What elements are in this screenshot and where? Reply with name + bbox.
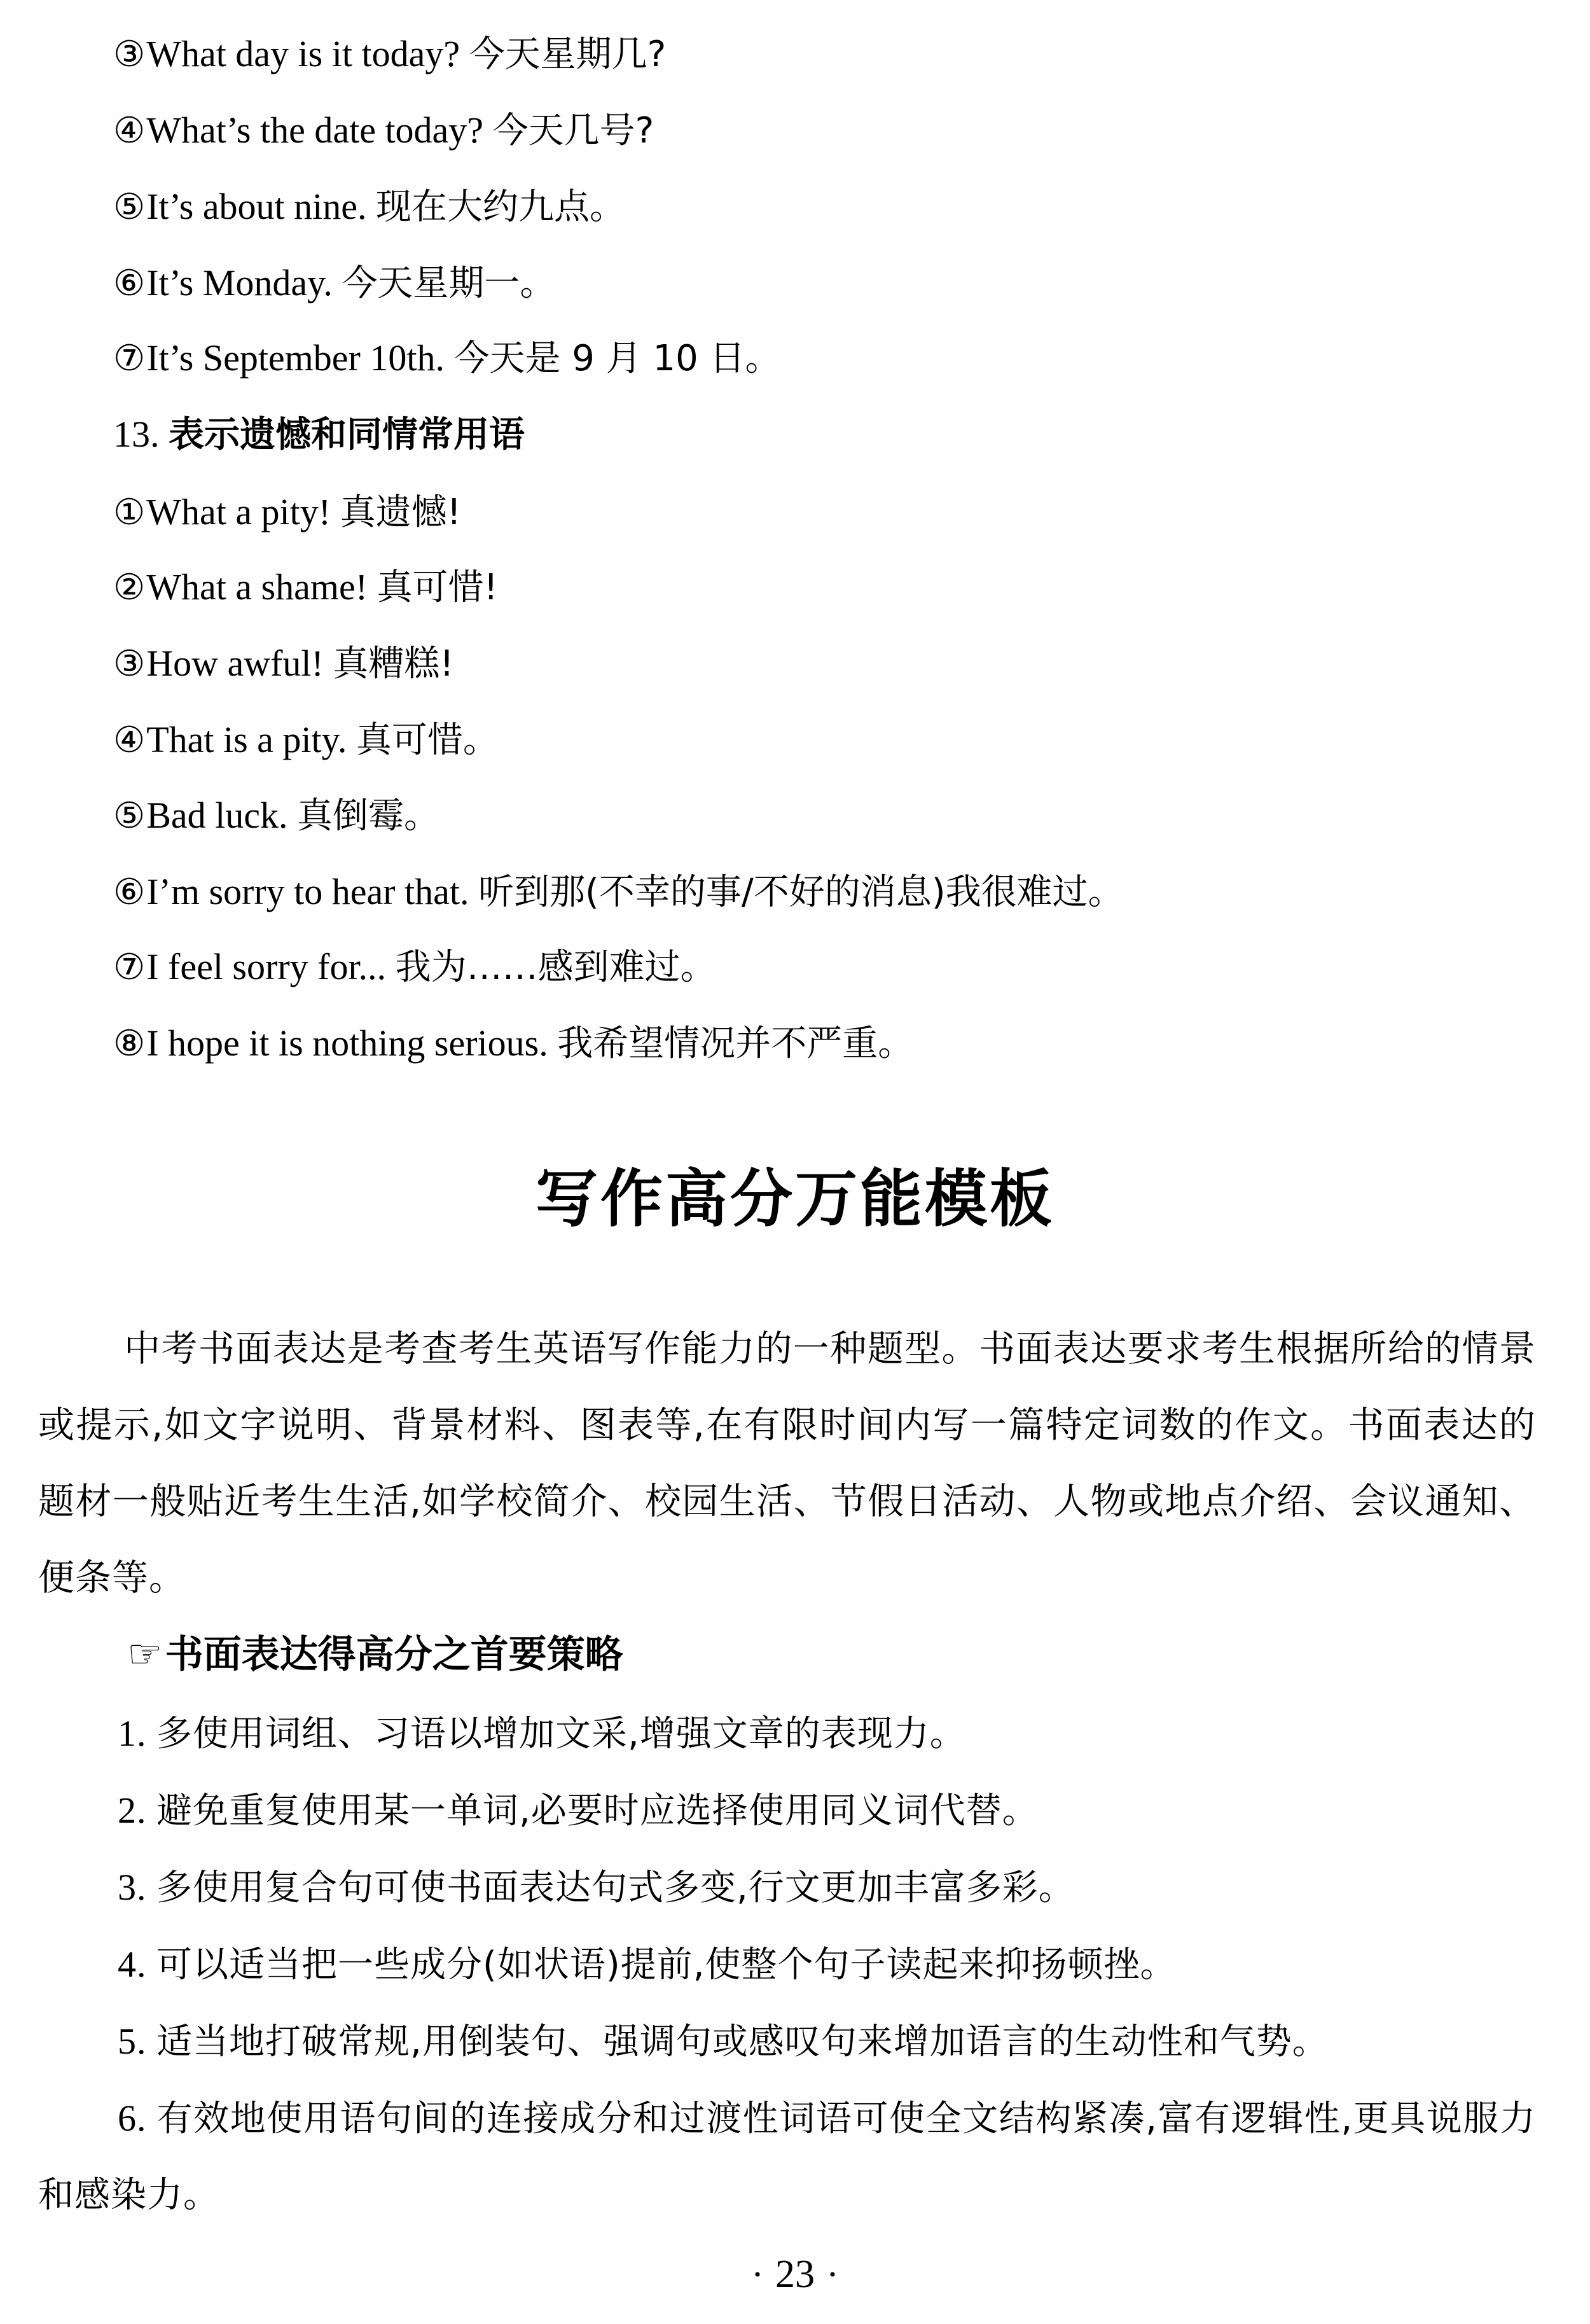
list-item: ③How awful! 真糟糕!: [113, 625, 454, 702]
strategy-heading: ☞书面表达得高分之首要策略: [127, 1616, 623, 1692]
chinese-translation: 今天几号?: [493, 110, 654, 151]
page-number-dot-right: ·: [826, 2253, 839, 2295]
strategy-index: 1.: [118, 1713, 156, 1754]
english-phrase: What a pity!: [146, 491, 340, 532]
list-item: ⑤Bad luck. 真倒霉。: [113, 777, 439, 854]
chinese-translation: 听到那(不幸的事/不好的消息)我很难过。: [478, 872, 1124, 913]
strategy-item: 4. 可以适当把一些成分(如状语)提前,使整个句子读起来抑扬顿挫。: [38, 1926, 1536, 2003]
item-number: ⑤: [113, 169, 145, 246]
english-phrase: I hope it is nothing serious.: [146, 1022, 557, 1064]
strategy-text: 多使用词组、习语以增加文采,增强文章的表现力。: [156, 1713, 966, 1755]
list-item: ④That is a pity. 真可惜。: [113, 702, 499, 778]
item-number: ②: [113, 550, 145, 626]
strategy-item: 6. 有效地使用语句间的连接成分和过渡性词语可使全文结构紧凑,富有逻辑性,更具说…: [38, 2080, 1536, 2234]
strategy-heading-text: 书面表达得高分之首要策略: [165, 1632, 623, 1677]
english-phrase: I feel sorry for...: [146, 946, 395, 987]
strategy-text: 有效地使用语句间的连接成分和过渡性词语可使全文结构紧凑,富有逻辑性,更具说服力和…: [38, 2098, 1536, 2216]
page-number-value: 23: [775, 2253, 815, 2296]
item-number: ⑦: [113, 929, 145, 1006]
strategy-text: 多使用复合句可使书面表达句式多变,行文更加丰富多彩。: [156, 1867, 1075, 1909]
english-phrase: It’s about nine.: [146, 186, 376, 227]
list-item: ⑦It’s September 10th. 今天是 9 月 10 日。: [113, 320, 781, 396]
page-number: ·23·: [0, 2246, 1590, 2303]
strategy-item: 3. 多使用复合句可使书面表达句式多变,行文更加丰富多彩。: [38, 1849, 1536, 1926]
strategy-index: 4.: [118, 1944, 156, 1985]
item-number: ⑦: [113, 321, 145, 397]
chinese-translation: 真遗憾!: [340, 492, 461, 533]
section-title: 表示遗憾和同情常用语: [169, 414, 525, 456]
item-number: ①: [113, 475, 145, 551]
item-number: ⑥: [113, 246, 145, 322]
pointing-hand-icon: ☞: [127, 1631, 163, 1677]
section-13-heading: 13. 表示遗憾和同情常用语: [113, 396, 525, 473]
section-number: 13.: [113, 414, 169, 455]
chinese-translation: 现在大约九点。: [376, 186, 625, 228]
list-item: ④What’s the date today? 今天几号?: [113, 92, 654, 169]
strategy-item: 2. 避免重复使用某一单词,必要时应选择使用同义词代替。: [38, 1772, 1536, 1849]
strategy-item: 5. 适当地打破常规,用倒装句、强调句或感叹句来增加语言的生动性和气势。: [38, 2003, 1536, 2080]
list-item: ①What a pity! 真遗憾!: [113, 474, 461, 550]
item-number: ⑤: [113, 778, 145, 854]
page-number-dot-left: ·: [751, 2253, 764, 2295]
list-item: ⑤It’s about nine. 现在大约九点。: [113, 169, 625, 245]
strategy-index: 5.: [118, 2021, 156, 2062]
item-number: ⑥: [113, 854, 145, 931]
item-number: ④: [113, 702, 145, 779]
list-item: ⑧I hope it is nothing serious. 我希望情况并不严重…: [113, 1005, 913, 1082]
strategy-index: 6.: [118, 2098, 157, 2139]
english-phrase: It’s September 10th.: [146, 337, 453, 379]
strategy-item: 1. 多使用词组、习语以增加文采,增强文章的表现力。: [38, 1695, 1536, 1772]
item-number: ④: [113, 93, 145, 169]
english-phrase: Bad luck.: [146, 795, 297, 836]
chinese-translation: 我为……感到难过。: [396, 947, 716, 988]
english-phrase: What day is it today?: [146, 33, 469, 74]
list-item: ⑥It’s Monday. 今天星期一。: [113, 245, 555, 321]
english-phrase: What’s the date today?: [146, 109, 492, 151]
english-phrase: That is a pity.: [146, 719, 356, 760]
item-number: ⑧: [113, 1006, 145, 1082]
chinese-translation: 真倒霉。: [297, 795, 439, 837]
item-number: ③: [113, 17, 145, 93]
strategy-text: 避免重复使用某一单词,必要时应选择使用同义词代替。: [156, 1790, 1039, 1832]
list-item: ⑥I’m sorry to hear that. 听到那(不幸的事/不好的消息)…: [113, 854, 1124, 930]
chinese-translation: 真可惜。: [356, 720, 499, 761]
strategy-text: 可以适当把一些成分(如状语)提前,使整个句子读起来抑扬顿挫。: [156, 1944, 1177, 1986]
strategy-list: 1. 多使用词组、习语以增加文采,增强文章的表现力。 2. 避免重复使用某一单词…: [38, 1695, 1536, 2234]
item-number: ③: [113, 626, 145, 702]
english-phrase: How awful!: [146, 643, 333, 684]
chinese-translation: 真可惜!: [377, 567, 498, 608]
strategy-index: 2.: [118, 1790, 156, 1831]
list-item: ③What day is it today? 今天星期几?: [113, 16, 666, 92]
english-phrase: It’s Monday.: [146, 262, 342, 303]
chinese-translation: 今天是 9 月 10 日。: [453, 338, 780, 379]
strategy-text: 适当地打破常规,用倒装句、强调句或感叹句来增加语言的生动性和气势。: [156, 2021, 1329, 2063]
chinese-translation: 真糟糕!: [333, 643, 453, 685]
chinese-translation: 今天星期一。: [342, 263, 555, 304]
chinese-translation: 今天星期几?: [469, 34, 667, 75]
strategy-index: 3.: [118, 1867, 156, 1908]
chinese-translation: 我希望情况并不严重。: [557, 1023, 913, 1064]
intro-paragraph: 中考书面表达是考查考生英语写作能力的一种题型。书面表达要求考生根据所给的情景或提…: [38, 1311, 1536, 1616]
list-item: ⑦I feel sorry for... 我为……感到难过。: [113, 929, 716, 1005]
english-phrase: What a shame!: [146, 566, 377, 608]
english-phrase: I’m sorry to hear that.: [146, 871, 478, 912]
page-title: 写作高分万能模板: [0, 1158, 1590, 1241]
list-item: ②What a shame! 真可惜!: [113, 549, 498, 625]
